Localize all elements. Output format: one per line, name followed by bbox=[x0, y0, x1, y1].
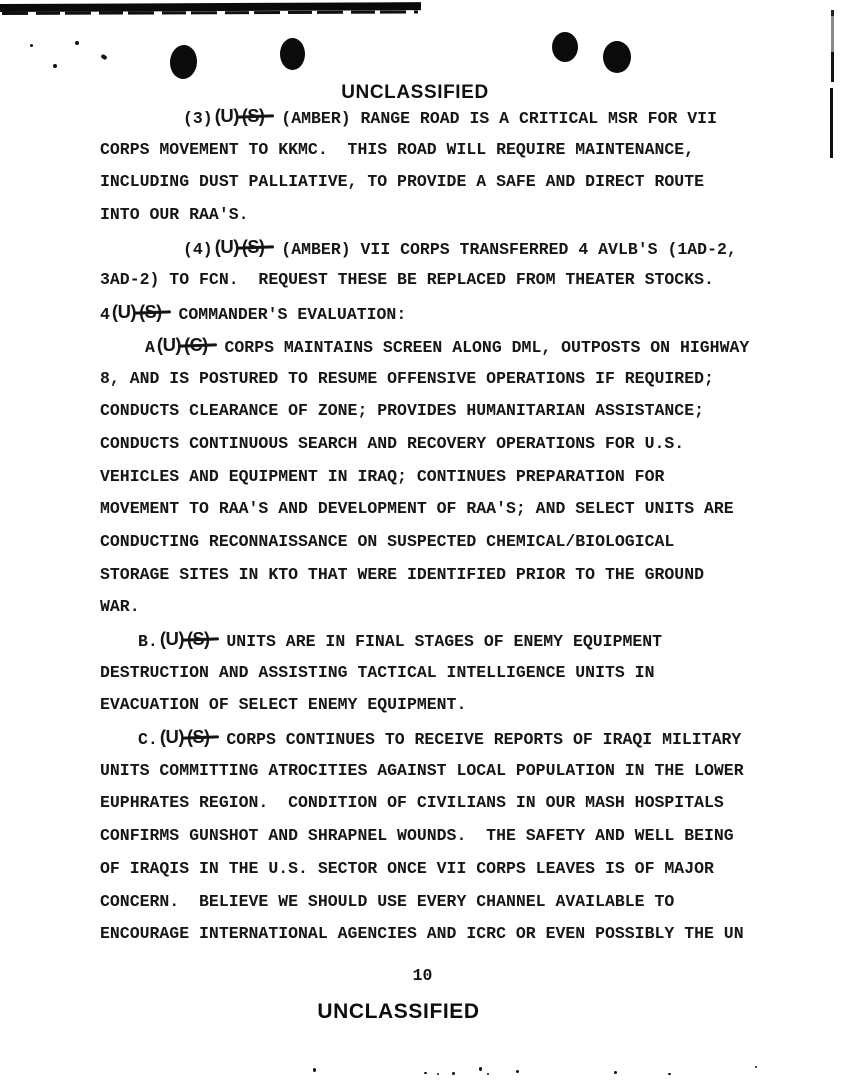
typed-text: 4 bbox=[100, 305, 110, 324]
document-line: C.(U)(S) CORPS CONTINUES TO RECEIVE REPO… bbox=[100, 722, 780, 755]
typed-text: UNITS ARE IN FINAL STAGES OF ENEMY EQUIP… bbox=[217, 632, 663, 651]
typed-text: MOVEMENT TO RAA'S AND DEVELOPMENT OF RAA… bbox=[100, 499, 734, 518]
document-line: 8, AND IS POSTURED TO RESUME OFFENSIVE O… bbox=[100, 363, 780, 396]
handwritten-unclassified-marking: (U) bbox=[157, 334, 181, 355]
typed-text: DESTRUCTION AND ASSISTING TACTICAL INTEL… bbox=[100, 663, 655, 682]
struck-classification-marking: (S) bbox=[185, 629, 214, 649]
scan-speck bbox=[424, 1072, 427, 1074]
typed-text: EUPHRATES REGION. CONDITION OF CIVILIANS… bbox=[100, 793, 724, 812]
document-line: WAR. bbox=[100, 591, 780, 624]
handwritten-unclassified-marking: (U) bbox=[215, 105, 239, 126]
document-line: MOVEMENT TO RAA'S AND DEVELOPMENT OF RAA… bbox=[100, 493, 780, 526]
handwritten-unclassified-marking: (U) bbox=[160, 726, 184, 747]
typed-text: UNITS COMMITTING ATROCITIES AGAINST LOCA… bbox=[100, 761, 744, 780]
document-line: VEHICLES AND EQUIPMENT IN IRAQ; CONTINUE… bbox=[100, 461, 780, 494]
typed-text: CONDUCTS CLEARANCE OF ZONE; PROVIDES HUM… bbox=[100, 401, 704, 420]
document-line: OF IRAQIS IN THE U.S. SECTOR ONCE VII CO… bbox=[100, 853, 780, 886]
handwritten-unclassified-marking: (U) bbox=[112, 301, 136, 322]
typed-text: B. bbox=[138, 632, 158, 651]
struck-classification-marking: (S) bbox=[240, 106, 269, 126]
scan-artifact-right-edge-line bbox=[830, 88, 833, 158]
struck-classification-marking: (S) bbox=[240, 237, 269, 257]
typed-text: C. bbox=[138, 730, 158, 749]
document-line: (4)(U)(S) (AMBER) VII CORPS TRANSFERRED … bbox=[100, 232, 780, 265]
typed-text: VEHICLES AND EQUIPMENT IN IRAQ; CONTINUE… bbox=[100, 467, 664, 486]
scan-speck bbox=[100, 54, 107, 61]
document-line: CONDUCTS CONTINUOUS SEARCH AND RECOVERY … bbox=[100, 428, 780, 461]
scan-speck bbox=[452, 1072, 455, 1075]
scan-speck bbox=[614, 1071, 617, 1074]
scan-speck bbox=[487, 1073, 489, 1075]
document-line: (3)(U)(S) (AMBER) RANGE ROAD IS A CRITIC… bbox=[100, 101, 780, 134]
typed-text: 3AD-2) TO FCN. REQUEST THESE BE REPLACED… bbox=[100, 270, 714, 289]
document-line: INCLUDING DUST PALLIATIVE, TO PROVIDE A … bbox=[100, 166, 780, 199]
scan-speck bbox=[75, 41, 79, 45]
struck-classification-marking: (C) bbox=[182, 335, 212, 355]
typed-text: STORAGE SITES IN KTO THAT WERE IDENTIFIE… bbox=[100, 565, 704, 584]
typed-text: INTO OUR RAA'S. bbox=[100, 205, 249, 224]
typed-text: ENCOURAGE INTERNATIONAL AGENCIES AND ICR… bbox=[100, 924, 744, 943]
document-line: INTO OUR RAA'S. bbox=[100, 199, 780, 232]
document-line: CONFIRMS GUNSHOT AND SHRAPNEL WOUNDS. TH… bbox=[100, 820, 780, 853]
document-line: STORAGE SITES IN KTO THAT WERE IDENTIFIE… bbox=[100, 559, 780, 592]
scan-speck bbox=[516, 1070, 519, 1073]
scanned-document-page: UNCLASSIFIED (3)(U)(S) (AMBER) RANGE ROA… bbox=[0, 0, 850, 1087]
document-body: (3)(U)(S) (AMBER) RANGE ROAD IS A CRITIC… bbox=[100, 101, 780, 951]
scan-speck bbox=[668, 1073, 671, 1075]
typed-text: 8, AND IS POSTURED TO RESUME OFFENSIVE O… bbox=[100, 369, 714, 388]
typed-text: CORPS CONTINUES TO RECEIVE REPORTS OF IR… bbox=[217, 730, 742, 749]
document-line: 4(U)(S) COMMANDER'S EVALUATION: bbox=[100, 297, 780, 330]
footer-classification-banner: UNCLASSIFIED bbox=[0, 1000, 797, 1024]
document-line: EUPHRATES REGION. CONDITION OF CIVILIANS… bbox=[100, 787, 780, 820]
typed-text: EVACUATION OF SELECT ENEMY EQUIPMENT. bbox=[100, 695, 466, 714]
document-line: CONDUCTING RECONNAISSANCE ON SUSPECTED C… bbox=[100, 526, 780, 559]
typed-text: (4) bbox=[183, 240, 213, 259]
handwritten-unclassified-marking: (U) bbox=[160, 628, 184, 649]
handwritten-unclassified-marking: (U) bbox=[215, 236, 239, 257]
document-line: CONDUCTS CLEARANCE OF ZONE; PROVIDES HUM… bbox=[100, 395, 780, 428]
document-line: 3AD-2) TO FCN. REQUEST THESE BE REPLACED… bbox=[100, 264, 780, 297]
document-line: DESTRUCTION AND ASSISTING TACTICAL INTEL… bbox=[100, 657, 780, 690]
scan-speck bbox=[313, 1068, 316, 1072]
hole-punch-dot bbox=[552, 32, 578, 62]
typed-text: (3) bbox=[183, 109, 213, 128]
scan-speck bbox=[30, 44, 33, 47]
scan-artifact-right-edge-line bbox=[831, 10, 834, 82]
typed-text: INCLUDING DUST PALLIATIVE, TO PROVIDE A … bbox=[100, 172, 704, 191]
typed-text: CORPS MAINTAINS SCREEN ALONG DML, OUTPOS… bbox=[215, 338, 750, 357]
typed-text: A bbox=[145, 338, 155, 357]
scan-speck bbox=[755, 1066, 757, 1068]
typed-text: (AMBER) RANGE ROAD IS A CRITICAL MSR FOR… bbox=[271, 109, 717, 128]
page-number: 10 bbox=[0, 966, 845, 985]
typed-text: CORPS MOVEMENT TO KKMC. THIS ROAD WILL R… bbox=[100, 140, 694, 159]
typed-text: COMMANDER'S EVALUATION: bbox=[169, 305, 407, 324]
document-line: UNITS COMMITTING ATROCITIES AGAINST LOCA… bbox=[100, 755, 780, 788]
document-line: ENCOURAGE INTERNATIONAL AGENCIES AND ICR… bbox=[100, 918, 780, 951]
hole-punch-dot bbox=[280, 38, 305, 70]
typed-text: WAR. bbox=[100, 597, 140, 616]
typed-text: CONDUCTS CONTINUOUS SEARCH AND RECOVERY … bbox=[100, 434, 684, 453]
document-line: B.(U)(S) UNITS ARE IN FINAL STAGES OF EN… bbox=[100, 624, 780, 657]
scan-speck bbox=[479, 1067, 482, 1071]
scan-speck bbox=[437, 1073, 439, 1075]
hole-punch-dot bbox=[169, 44, 198, 80]
document-line: CONCERN. BELIEVE WE SHOULD USE EVERY CHA… bbox=[100, 886, 780, 919]
scan-speck bbox=[53, 64, 57, 68]
typed-text: OF IRAQIS IN THE U.S. SECTOR ONCE VII CO… bbox=[100, 859, 714, 878]
typed-text: CONFIRMS GUNSHOT AND SHRAPNEL WOUNDS. TH… bbox=[100, 826, 734, 845]
struck-classification-marking: (S) bbox=[185, 727, 214, 747]
document-line: CORPS MOVEMENT TO KKMC. THIS ROAD WILL R… bbox=[100, 134, 780, 167]
scan-artifact-top-bar-ragged-edge bbox=[2, 11, 418, 15]
document-line: A(U)(C) CORPS MAINTAINS SCREEN ALONG DML… bbox=[100, 330, 780, 363]
typed-text: CONDUCTING RECONNAISSANCE ON SUSPECTED C… bbox=[100, 532, 674, 551]
struck-classification-marking: (S) bbox=[137, 302, 166, 322]
typed-text: CONCERN. BELIEVE WE SHOULD USE EVERY CHA… bbox=[100, 892, 674, 911]
typed-text: (AMBER) VII CORPS TRANSFERRED 4 AVLB'S (… bbox=[271, 240, 736, 259]
hole-punch-dot bbox=[603, 41, 631, 73]
document-line: EVACUATION OF SELECT ENEMY EQUIPMENT. bbox=[100, 689, 780, 722]
